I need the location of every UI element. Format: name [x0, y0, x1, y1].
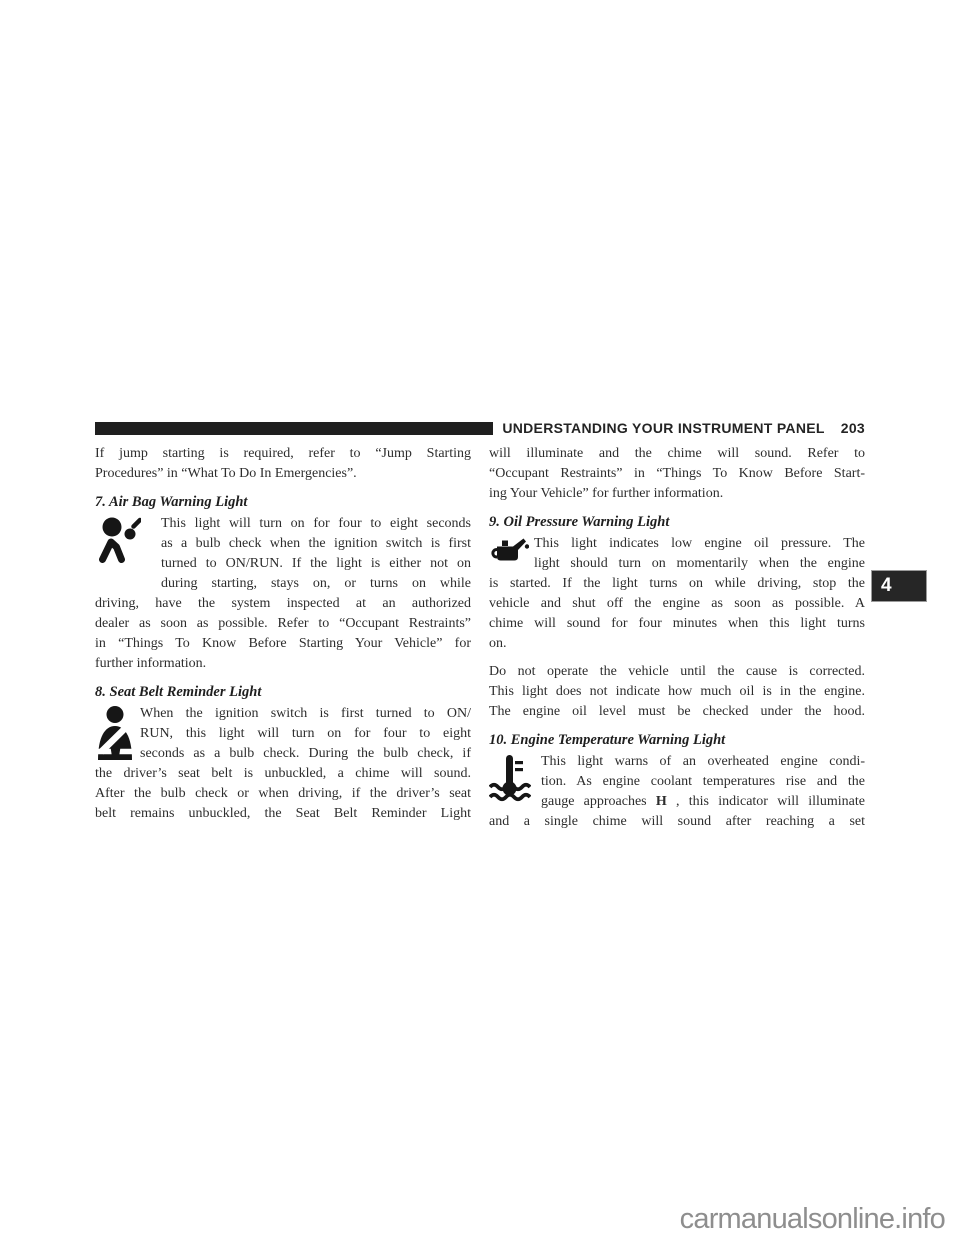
text-line: driving, have the system inspected at an…	[95, 594, 471, 614]
header-rule	[95, 422, 493, 435]
text-line: Procedures” in “What To Do In Emergencie…	[95, 464, 471, 484]
section-9-oil-pressure: This light indicates low engine oil pres…	[489, 534, 865, 654]
text-line: is started. If the light turns on while …	[489, 574, 865, 594]
text-line: Do not operate the vehicle until the cau…	[489, 662, 865, 682]
section-8-heading: 8. Seat Belt Reminder Light	[95, 682, 471, 702]
text-line: tion. As engine coolant temperatures ris…	[541, 772, 865, 792]
oil-pressure-warning-icon	[489, 537, 529, 562]
section-9-heading: 9. Oil Pressure Warning Light	[489, 512, 865, 532]
text-line: This light will turn on for four to eigh…	[161, 514, 471, 534]
page-header: UNDERSTANDING YOUR INSTRUMENT PANEL 203	[95, 421, 865, 435]
text-line: This light indicates low engine oil pres…	[534, 534, 865, 554]
right-column: will illuminate and the chime will sound…	[489, 444, 865, 832]
page-content: UNDERSTANDING YOUR INSTRUMENT PANEL 203 …	[95, 421, 865, 832]
text-line: on.	[489, 634, 865, 654]
text-line: in “Things To Know Before Starting Your …	[95, 634, 471, 654]
watermark-text: carmanualsonline.info	[680, 1203, 945, 1236]
text-line: When the ignition switch is first turned…	[140, 704, 471, 724]
text-line: and a single chime will sound after reac…	[489, 812, 865, 832]
text-line: light should turn on momentarily when th…	[534, 554, 865, 574]
section-10-engine-temperature: This light warns of an overheated engine…	[489, 752, 865, 832]
air-bag-warning-icon	[99, 517, 141, 563]
text-line: during starting, stays on, or turns on w…	[161, 574, 471, 594]
text-line: If jump starting is required, refer to “…	[95, 444, 471, 464]
text-segment: gauge approaches	[541, 794, 656, 809]
manual-page: UNDERSTANDING YOUR INSTRUMENT PANEL 203 …	[0, 0, 960, 1242]
text-line: ing Your Vehicle” for further informatio…	[489, 484, 865, 504]
section-8-seat-belt: When the ignition switch is first turned…	[95, 704, 471, 824]
chapter-tab-4: 4	[872, 571, 926, 601]
section-10-heading: 10. Engine Temperature Warning Light	[489, 730, 865, 750]
continued-paragraph: will illuminate and the chime will sound…	[489, 444, 865, 504]
section-7-heading: 7. Air Bag Warning Light	[95, 492, 471, 512]
page-number: 203	[841, 420, 865, 436]
text-line: This light warns of an overheated engine…	[541, 752, 865, 772]
text-line: dealer as soon as possible. Refer to “Oc…	[95, 614, 471, 634]
gauge-h-marker: H	[656, 794, 667, 809]
text-line: RUN, this light will turn on for four to…	[140, 724, 471, 744]
text-line: After the bulb check or when driving, if…	[95, 784, 471, 804]
text-segment: , this indicator will illuminate	[667, 794, 865, 809]
left-column: If jump starting is required, refer to “…	[95, 444, 471, 832]
text-line: The engine oil level must be checked und…	[489, 702, 865, 722]
two-column-text: If jump starting is required, refer to “…	[95, 444, 865, 832]
text-line: chime will sound for four minutes when t…	[489, 614, 865, 634]
engine-temperature-warning-icon	[489, 755, 531, 802]
section-7-air-bag: This light will turn on for four to eigh…	[95, 514, 471, 674]
text-line: vehicle and shut off the engine as soon …	[489, 594, 865, 614]
text-line: gauge approaches H , this indicator will…	[541, 792, 865, 812]
text-line: seconds as a bulb check. During the bulb…	[140, 744, 471, 764]
text-line: belt remains unbuckled, the Seat Belt Re…	[95, 804, 471, 824]
oil-caution-paragraph: Do not operate the vehicle until the cau…	[489, 662, 865, 722]
text-line: further information.	[95, 654, 471, 674]
text-line: turned to ON/RUN. If the light is either…	[161, 554, 471, 574]
seat-belt-reminder-icon	[95, 706, 137, 761]
text-line: the driver’s seat belt is unbuckled, a c…	[95, 764, 471, 784]
text-line: “Occupant Restraints” in “Things To Know…	[489, 464, 865, 484]
jump-start-paragraph: If jump starting is required, refer to “…	[95, 444, 471, 484]
text-line: This light does not indicate how much oi…	[489, 682, 865, 702]
text-line: as a bulb check when the ignition switch…	[161, 534, 471, 554]
text-line: will illuminate and the chime will sound…	[489, 444, 865, 464]
chapter-title: UNDERSTANDING YOUR INSTRUMENT PANEL	[502, 420, 824, 436]
